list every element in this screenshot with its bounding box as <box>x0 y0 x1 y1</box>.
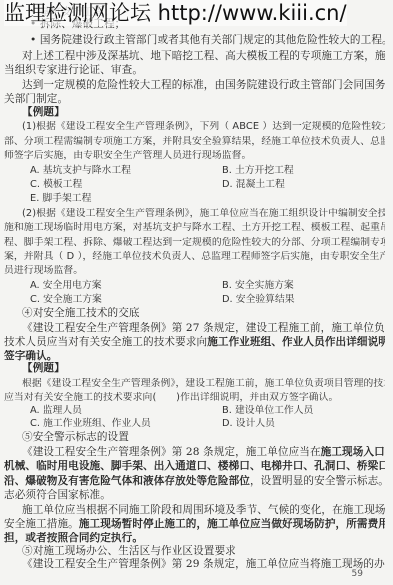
text-span: ，设置明显的安全警示标志。安全警示标 <box>250 475 385 487</box>
option-d: D. 安全验算结果 <box>222 294 295 306</box>
option-b: B. 安全实施方案 <box>222 280 294 292</box>
question-line: 师签字后实施，由专职安全生产管理人员进行现场监督。 <box>4 150 385 162</box>
paragraph-line: 《建设工程安全生产管理条例》第 27 条规定，建设工程施工前，施工单位负责项目管… <box>22 322 385 334</box>
text-span: 安全施工措施。 <box>4 518 79 530</box>
question-line: 部、分项工程需编制专项施工方案，并附具安全验算结果，经施工单位技术负责人、总监理… <box>4 136 385 148</box>
option-c: C. 安全施工方案 <box>30 294 102 306</box>
option-b: B. 建设单位工作人员 <box>222 405 313 417</box>
option-c: C. 模板工程 <box>30 179 82 191</box>
option-a: A. 监理人员 <box>30 405 82 417</box>
option-a: A. 安全用电方案 <box>30 280 102 292</box>
example-heading: 【例题】 <box>22 106 385 118</box>
option-a: A. 基坑支护与降水工程 <box>30 165 131 177</box>
option-c: C. 施工作业班组、作业人员 <box>30 418 151 430</box>
document-page: • 基坑支护工程； • 拆除、爆破工程； • 国务院建设行政主管部门或者其他有关… <box>0 0 393 585</box>
bold-span: 沿、爆破物及有害危险气体和液体存放处等危险部位 <box>4 475 250 487</box>
bold-span: 施工现场暂时停止施工的，施工单位应当做好现场防护，所需费用由责任方承 <box>79 518 385 530</box>
paragraph-line: 安全施工措施。施工现场暂时停止施工的，施工单位应当做好现场防护，所需费用由责任方… <box>4 518 385 530</box>
question-line: 案，并附具（ D ），经施工单位技术负责人、总监理工程师签字后实施，由专职安全生… <box>4 251 385 263</box>
question-line: 员进行现场监督。 <box>4 265 385 277</box>
page-number: 59 <box>352 569 363 579</box>
bold-span: 施工现场入口处、施工起重 <box>321 446 385 458</box>
example-heading: 【例题】 <box>22 362 385 374</box>
paragraph-line: 志必须符合国家标准。 <box>4 489 385 501</box>
question-line: 施和施工现场临时用电方案，对基坑支护与降水工程、土方开挖工程、模板工程、起重吊装… <box>4 222 385 234</box>
option-d: D. 设计人员 <box>222 418 275 430</box>
question-line: 根据《建设工程安全生产管理条例》，建设工程施工前，施工单位负责项目管理的技术人员 <box>22 378 385 390</box>
paragraph-line: 沿、爆破物及有害危险气体和液体存放处等危险部位，设置明显的安全警示标志。安全警示… <box>4 475 385 487</box>
bold-span: 施工作业班组、作业人员作出详细说明 <box>207 336 385 348</box>
paragraph-line: 担，或者按照合同约定执行。 <box>4 532 385 544</box>
paragraph-line: 达到一定规模的危险性较大工程的标准，由国务院建设行政主管部门会同国务院其他有 <box>22 79 385 91</box>
option-b: B. 土方开挖工程 <box>222 165 294 177</box>
question-line: 程、脚手架工程、拆除、爆破工程达到一定规模的危险性较大的分部、分项工程编制专项施… <box>4 237 385 249</box>
section-heading: ⑤对施工现场办公、生活区与作业区设置要求 <box>22 545 385 557</box>
paragraph-line: 关部门制定。 <box>4 93 385 105</box>
question-line: (1)根据《建设工程安全生产管理条例》，下列（ ABCE ）达到一定规模的危险性… <box>22 121 385 133</box>
question-line: (2)根据《建设工程安全生产管理条例》，施工单位应当在施工组织设计中编制安全技术… <box>22 208 385 220</box>
bullet-item: • 国务院建设行政主管部门或者其他有关部门规定的其他危险性较大的工程。 <box>30 34 385 46</box>
option-e: E. 脚手架工程 <box>30 193 91 205</box>
paragraph-line: 机械、临时用电设施、脚手架、出入通道口、楼梯口、电梯井口、孔洞口、桥梁口、隧道口… <box>4 460 385 472</box>
option-d: D. 混凝土工程 <box>222 179 285 191</box>
paragraph-line: 《建设工程安全生产管理条例》第 28 条规定，施工单位应当在施工现场入口处、施工… <box>22 446 385 458</box>
text-span: 《建设工程安全生产管理条例》第 28 条规定，施工单位应当在 <box>22 446 321 458</box>
paragraph-line: 对上述工程中涉及深基坑、地下暗挖工程、高大模板工程的专项施工方案，施工单位还应 <box>22 50 385 62</box>
watermark-text: 监理检测网论坛 http://www.kiii.cn/ <box>4 0 347 26</box>
paragraph-line: 技术人员应当对有关安全施工的技术要求向施工作业班组、作业人员作出详细说明，并由双… <box>4 336 385 348</box>
paragraph-line: 《建设工程安全生产管理条例》第 29 条规定，施工单位应当将施工现场的办公、生活… <box>22 558 385 570</box>
section-heading: ⑤安全警示标志的设置 <box>22 431 385 443</box>
paragraph-line: 签字确认。 <box>4 350 385 362</box>
section-heading: ④对安全施工技术的交底 <box>22 307 385 319</box>
question-line: 应当对有关安全施工的技术要求向( )作出详细说明，并由双方签字确认。 <box>4 392 385 404</box>
text-span: 技术人员应当对有关安全施工的技术要求向 <box>4 336 207 348</box>
paragraph-line: 当组织专家进行论证、审查。 <box>4 64 385 76</box>
paragraph-line: 施工单位应当根据不同施工阶段和周围环境及季节、气候的变化，在施工现场采取相应的 <box>22 504 385 516</box>
